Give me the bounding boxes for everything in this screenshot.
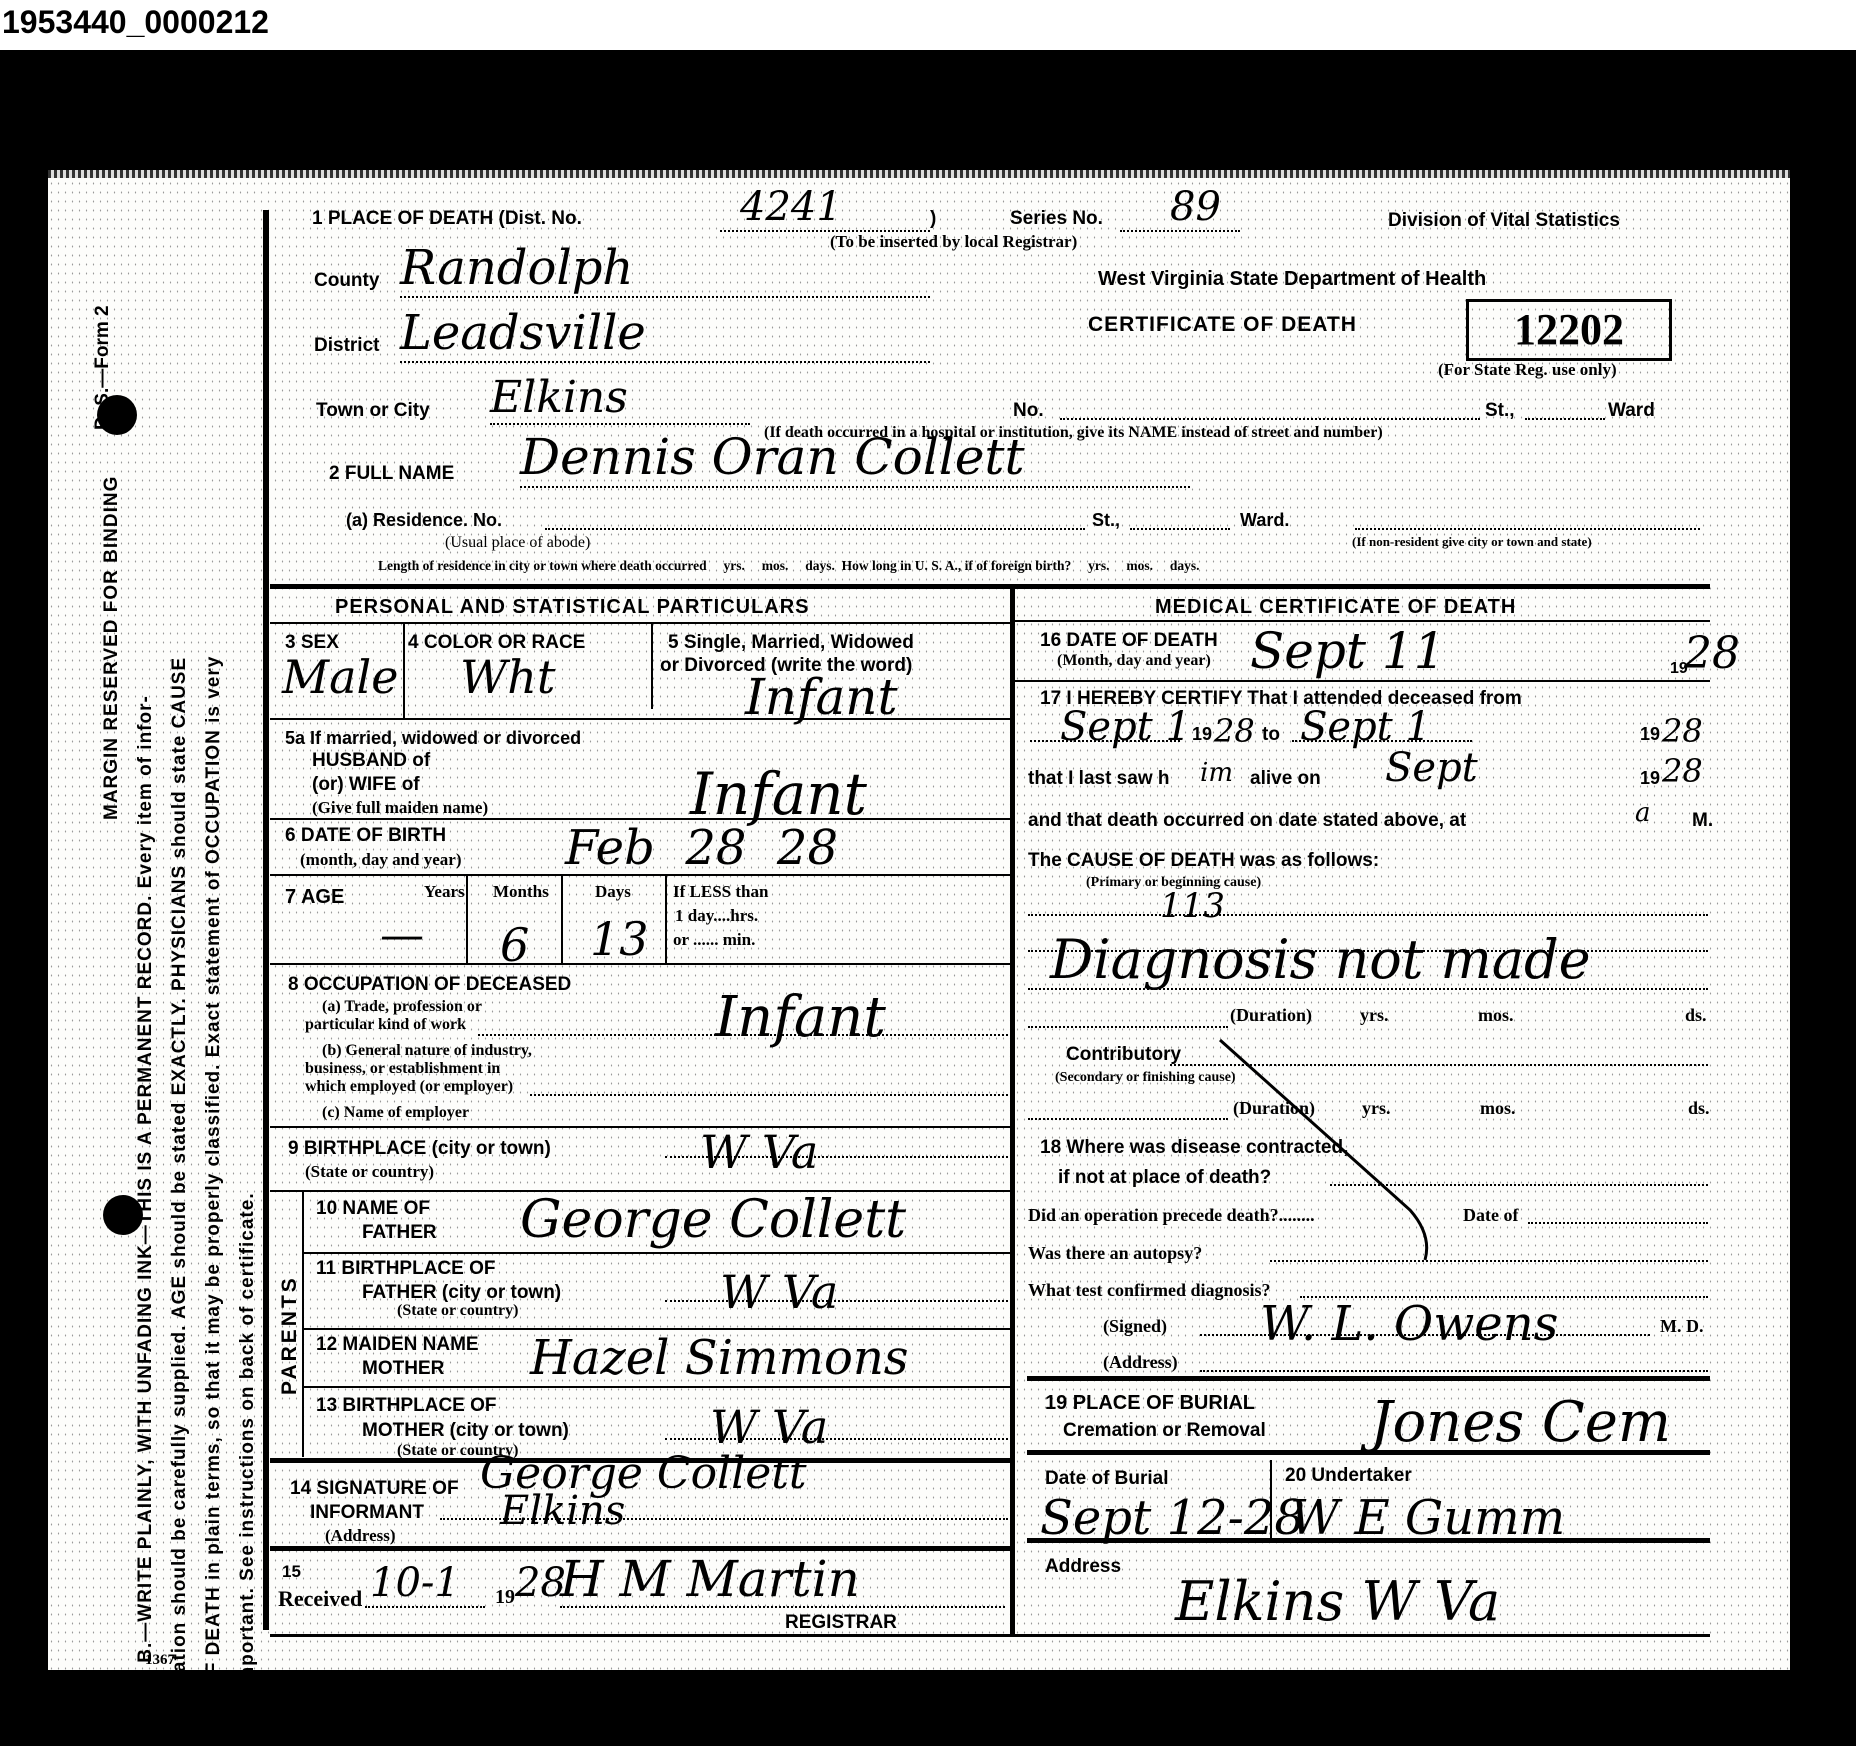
dob-sub: (month, day and year) [300, 850, 462, 870]
occ-c: (c) Name of employer [322, 1104, 469, 1122]
divider [403, 624, 405, 719]
duration-mos-2: mos. [1480, 1098, 1516, 1119]
dob-label: 6 DATE OF BIRTH [285, 825, 446, 847]
town-value: Elkins [490, 372, 750, 425]
age-label: 7 AGE [285, 886, 344, 909]
residence-st-field [1130, 528, 1230, 530]
margin-line-4: important. See instructions on back of c… [231, 476, 265, 1690]
birthplace-sub: (State or country) [305, 1162, 434, 1182]
duration-ds-1: ds. [1685, 1005, 1707, 1026]
divider [561, 876, 563, 964]
certificate-title: CERTIFICATE OF DEATH [1088, 313, 1357, 337]
race-value: Wht [460, 650, 555, 704]
registrar-signature: H M Martin [560, 1550, 860, 1608]
dod-label: 16 DATE OF DEATH [1040, 630, 1218, 652]
contributory-sub: (Secondary or finishing cause) [1055, 1070, 1236, 1086]
left-border [263, 210, 269, 1630]
occ-b2: business, or establishment in [305, 1060, 500, 1078]
received-date: 10-1 [370, 1560, 460, 1606]
divider [1027, 1376, 1710, 1381]
q18-label-2: if not at place of death? [1058, 1167, 1271, 1189]
operation-label: Did an operation precede death?........ [1028, 1205, 1315, 1226]
received-date-field [365, 1606, 485, 1608]
divider [270, 1126, 1010, 1128]
sex-value: Male [282, 650, 398, 704]
physician-signature: W. L. Owens [1260, 1296, 1558, 1352]
attended-from: Sept 1 [1060, 704, 1191, 750]
divider [665, 876, 667, 964]
undertaker-label: 20 Undertaker [1285, 1465, 1412, 1487]
divider [466, 876, 468, 964]
occupation-label: 8 OCCUPATION OF DECEASED [288, 974, 571, 996]
ward-label: Ward [1608, 400, 1655, 422]
margin-line-3: OF DEATH in plain terms, so that it may … [197, 476, 231, 1690]
divider [304, 1386, 1010, 1388]
mother-bp-value: W Va [710, 1400, 828, 1454]
residence-ward-field [1355, 528, 1700, 530]
autopsy-field [1270, 1260, 1708, 1262]
residence-ward-label: Ward. [1240, 510, 1289, 531]
physician-address-label: (Address) [1103, 1352, 1178, 1373]
image-id-header: 1953440_0000212 [0, 0, 1856, 50]
alive-on-label: alive on [1250, 768, 1321, 790]
burial-place-value: Jones Cem [1370, 1390, 1671, 1455]
cause-label: The CAUSE OF DEATH was as follows: [1028, 850, 1379, 872]
undertaker-address-label: Address [1045, 1556, 1121, 1578]
father-bp-sub: (State or country) [397, 1302, 518, 1320]
division-label: Division of Vital Statistics [1388, 210, 1620, 232]
dob-value: Feb 28 28 [565, 820, 838, 876]
father-name-value: George Collett [520, 1190, 906, 1250]
age-years-label: Years [424, 882, 465, 902]
attended-from-year: 28 [1214, 712, 1255, 750]
informant-label-2: INFORMANT [310, 1502, 424, 1524]
divider [1015, 680, 1710, 682]
age-less-2: 1 day....hrs. [675, 906, 758, 926]
father-bp-value: W Va [720, 1265, 838, 1319]
operation-date-field [1528, 1222, 1708, 1224]
st-field [1525, 418, 1605, 420]
medical-header: MEDICAL CERTIFICATE OF DEATH [1155, 596, 1516, 619]
strike-through-mark [1210, 1030, 1440, 1290]
received-label: Received [278, 1586, 362, 1612]
last-saw-year: 28 [1662, 752, 1703, 790]
divider [1027, 1538, 1710, 1543]
duration-label-1: (Duration) [1230, 1005, 1312, 1026]
margin-line-2: mation should be carefully supplied. AGE… [163, 476, 197, 1690]
burial-label-2: Cremation or Removal [1063, 1420, 1266, 1442]
length-of-residence-note: Length of residence in city or town wher… [378, 558, 1200, 574]
occupation-value: Infant [715, 985, 886, 1050]
residence-field [545, 528, 1085, 530]
parents-label: PARENTS [278, 1275, 302, 1395]
marital-label-1: 5 Single, Married, Widowed [668, 632, 914, 654]
age-years-value: — [380, 910, 424, 961]
death-occurred-label: and that death occurred on date stated a… [1028, 810, 1466, 832]
personal-header: PERSONAL AND STATISTICAL PARTICULARS [335, 596, 810, 619]
spouse-label-1: 5a If married, widowed or divorced [285, 728, 581, 749]
section-divider [270, 584, 1710, 589]
place-of-death-label: 1 PLACE OF DEATH (Dist. No. [312, 208, 582, 230]
age-days-label: Days [595, 882, 631, 902]
birthplace-label: 9 BIRTHPLACE (city or town) [288, 1138, 551, 1160]
occ-b-field [530, 1094, 1008, 1096]
autopsy-label: Was there an autopsy? [1028, 1243, 1202, 1264]
md-label: M. D. [1660, 1316, 1704, 1337]
image-id-label: 1953440_0000212 [2, 4, 269, 41]
father-bp-label-1: 11 BIRTHPLACE OF [316, 1258, 495, 1280]
street-no-label: No. [1013, 400, 1044, 422]
occ-b: (b) General nature of industry, [322, 1042, 532, 1060]
attended-to: Sept 1 [1300, 704, 1431, 750]
burial-label-1: 19 PLACE OF BURIAL [1045, 1392, 1255, 1415]
duration-mos-1: mos. [1478, 1005, 1514, 1026]
st-label: St., [1485, 400, 1515, 422]
attended-to-year: 28 [1662, 712, 1703, 750]
department-label: West Virginia State Department of Health [1098, 268, 1486, 291]
residence-st-label: St., [1092, 510, 1120, 531]
nonresident-note: (If non-resident give city or town and s… [1352, 534, 1592, 550]
certificate-number: 12202 [1466, 299, 1672, 361]
duration-field [1028, 1026, 1228, 1028]
cause-field-1 [1028, 914, 1708, 916]
last-saw-date: Sept [1385, 745, 1478, 791]
divider [270, 874, 1010, 876]
received-number: 15 [282, 1562, 301, 1582]
spouse-label-3: (or) WIFE of [312, 774, 420, 796]
q18-label-1: 18 Where was disease contracted, [1040, 1137, 1348, 1159]
burial-date-label: Date of Burial [1045, 1468, 1169, 1490]
q18-field [1330, 1184, 1708, 1186]
county-value: Randolph [400, 240, 930, 298]
to-label: to [1262, 724, 1280, 746]
received-year-prefix: 19 [495, 1586, 515, 1609]
spouse-label-4: (Give full maiden name) [312, 798, 488, 818]
duration-field-2 [1028, 1118, 1228, 1120]
last-saw-pronoun: im [1200, 758, 1233, 788]
full-name-value: Dennis Oran Collett [520, 428, 1190, 488]
signed-label: (Signed) [1103, 1316, 1167, 1337]
dod-sub: (Month, day and year) [1057, 652, 1211, 670]
informant-sub: (Address) [325, 1526, 396, 1546]
usual-abode-note: (Usual place of abode) [445, 534, 590, 552]
dist-no-value: 4241 [720, 184, 930, 232]
street-no-field [1060, 418, 1480, 420]
contributory-label: Contributory [1066, 1044, 1181, 1066]
mother-label-1: 12 MAIDEN NAME [316, 1334, 479, 1356]
punch-hole-top [97, 395, 137, 435]
form-number: 1367 [145, 1652, 175, 1669]
death-time: a [1635, 798, 1651, 828]
series-no-value: 89 [1120, 184, 1240, 232]
death-time-m: M. [1692, 810, 1713, 832]
age-months-label: Months [493, 882, 549, 902]
margin-instructions: MARGIN RESERVED FOR BINDING N. B.—WRITE … [95, 476, 265, 1690]
divider [304, 1252, 1010, 1254]
operation-date-label: Date of [1463, 1205, 1518, 1226]
dod-year: 28 [1684, 628, 1740, 679]
occ-b3: which employed (or employer) [305, 1078, 513, 1096]
age-less-1: If LESS than [673, 882, 768, 902]
bottom-border [270, 1634, 1710, 1637]
parents-divider [302, 1192, 304, 1457]
mother-name-value: Hazel Simmons [530, 1330, 909, 1386]
cause-code: 113 [1160, 886, 1225, 926]
cert-number-note: (For State Reg. use only) [1438, 360, 1617, 380]
cause-value: Diagnosis not made [1050, 928, 1591, 991]
last-saw-label: that I last saw h [1028, 768, 1169, 790]
age-less-3: or ...... min. [673, 930, 755, 950]
margin-line-1: N. B.—WRITE PLAINLY, WITH UNFADING INK—T… [129, 476, 163, 1690]
duration-ds-2: ds. [1688, 1098, 1710, 1119]
occ-a2: particular kind of work [305, 1016, 466, 1034]
mother-bp-label-2: MOTHER (city or town) [362, 1420, 569, 1442]
punch-hole-bottom [103, 1195, 143, 1235]
informant-address: Elkins [500, 1488, 625, 1534]
county-label: County [314, 270, 379, 292]
divider [1270, 1460, 1272, 1540]
dod-value: Sept 11 [1250, 622, 1445, 680]
physician-address-field [1200, 1370, 1708, 1372]
test-label: What test confirmed diagnosis? [1028, 1280, 1271, 1301]
duration-yrs-1: yrs. [1360, 1005, 1389, 1026]
undertaker-address-value: Elkins W Va [1175, 1570, 1500, 1633]
occ-a: (a) Trade, profession or [322, 998, 482, 1016]
age-days-value: 13 [590, 912, 649, 966]
birthplace-value: W Va [700, 1125, 818, 1179]
received-year: 28 [515, 1560, 566, 1606]
spouse-label-2: HUSBAND of [312, 750, 430, 772]
town-label: Town or City [316, 400, 430, 422]
father-bp-label-2: FATHER (city or town) [362, 1282, 561, 1304]
year-prefix-2: 19 [1640, 724, 1660, 745]
column-divider [1010, 584, 1015, 1634]
district-value: Leadsville [400, 305, 930, 363]
informant-label-1: 14 SIGNATURE OF [290, 1478, 459, 1500]
divider [651, 624, 653, 709]
full-name-label: 2 FULL NAME [329, 463, 454, 485]
mother-label-2: MOTHER [362, 1358, 444, 1380]
residence-label: (a) Residence. No. [346, 510, 502, 531]
divider [1027, 1450, 1710, 1455]
district-label: District [314, 335, 379, 357]
mother-bp-label-1: 13 BIRTHPLACE OF [316, 1395, 497, 1417]
series-label: Series No. [1010, 208, 1103, 230]
paper-edge [48, 170, 1790, 178]
registrar-label: REGISTRAR [785, 1612, 897, 1634]
father-label-1: 10 NAME OF [316, 1198, 430, 1220]
year-prefix-1: 19 [1192, 724, 1212, 745]
father-label-2: FATHER [362, 1222, 437, 1244]
divider [270, 622, 1010, 624]
divider [270, 963, 1010, 965]
divider [270, 718, 1010, 720]
margin-binding-note: MARGIN RESERVED FOR BINDING [95, 476, 129, 1690]
year-prefix-3: 19 [1640, 768, 1660, 789]
